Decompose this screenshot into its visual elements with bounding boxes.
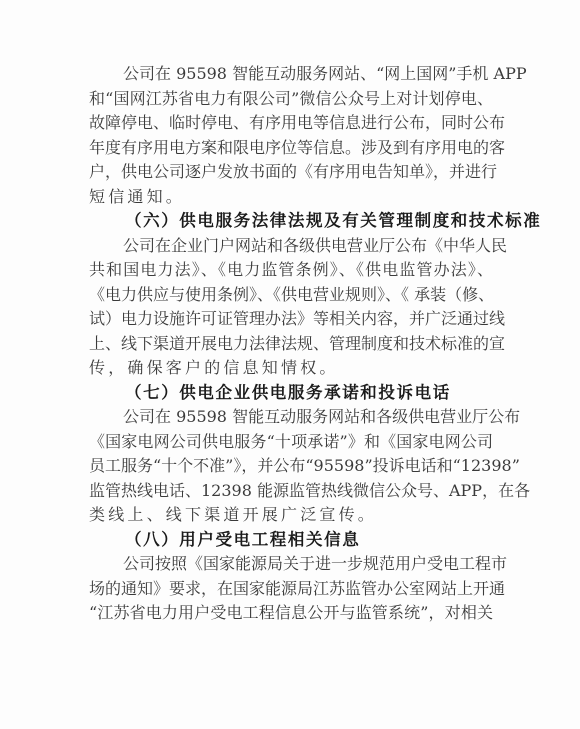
text-line: 试）电力设施许可证管理办法》等相关内容，并广泛通过线 (89, 307, 493, 332)
document-page: 公司在 95598 智能互动服务网站、“网上国网”手机 APP 和“国网江苏省电… (0, 0, 580, 729)
paragraph-service-commitments: 公司在 95598 智能互动服务网站和各级供电营业厅公布 《国家电网公司供电服务… (89, 405, 493, 528)
document-body: 公司在 95598 智能互动服务网站、“网上国网”手机 APP 和“国网江苏省电… (89, 62, 493, 626)
text-line: 共和国电力法》、《电力监管条例》、《供电监管办法》、 (89, 258, 493, 283)
text-line: 公司按照《国家能源局关于进一步规范用户受电工程市 (89, 552, 493, 577)
paragraph-laws-regulations: 公司在企业门户网站和各级供电营业厅公布《中华人民 共和国电力法》、《电力监管条例… (89, 234, 493, 381)
text-line: 户，供电公司逐户发放书面的《有序用电告知单》，并进行 (89, 160, 493, 185)
text-line: 员工服务“十个不准”》，并公布“95598”投诉电话和“12398” (89, 454, 493, 479)
paragraph-outage-info: 公司在 95598 智能互动服务网站、“网上国网”手机 APP 和“国网江苏省电… (89, 62, 493, 209)
text-line: 《电力供应与使用条例》、《供电营业规则》、《 承装（修、 (89, 283, 493, 308)
section-heading-6: （六）供电服务法律法规及有关管理制度和技术标准 (89, 209, 493, 234)
paragraph-user-power-projects: 公司按照《国家能源局关于进一步规范用户受电工程市 场的通知》要求，在国家能源局江… (89, 552, 493, 626)
text-line: 和“国网江苏省电力有限公司”微信公众号上对计划停电、 (89, 87, 493, 112)
text-line: 类线上、线下渠道开展广泛宣传。 (89, 503, 493, 528)
text-line: “江苏省电力用户受电工程信息公开与监管系统”，对相关 (89, 601, 493, 626)
text-line: 公司在 95598 智能互动服务网站和各级供电营业厅公布 (89, 405, 493, 430)
text-line: 场的通知》要求，在国家能源局江苏监管办公室网站上开通 (89, 577, 493, 602)
text-line: 公司在 95598 智能互动服务网站、“网上国网”手机 APP (89, 62, 493, 87)
text-line: 年度有序用电方案和限电序位等信息。涉及到有序用电的客 (89, 136, 493, 161)
text-line: 监管热线电话、12398 能源监管热线微信公众号、APP，在各 (89, 479, 493, 504)
text-line: 《国家电网公司供电服务“十项承诺”》和《国家电网公司 (89, 430, 493, 455)
text-line: 上、线下渠道开展电力法律法规、管理制度和技术标准的宣 (89, 332, 493, 357)
text-line: 传，确保客户的信息知情权。 (89, 356, 493, 381)
text-line: 短信通知。 (89, 185, 493, 210)
text-line: 故障停电、临时停电、有序用电等信息进行公布，同时公布 (89, 111, 493, 136)
text-line: 公司在企业门户网站和各级供电营业厅公布《中华人民 (89, 234, 493, 259)
section-heading-7: （七）供电企业供电服务承诺和投诉电话 (89, 381, 493, 406)
section-heading-8: （八）用户受电工程相关信息 (89, 528, 493, 553)
